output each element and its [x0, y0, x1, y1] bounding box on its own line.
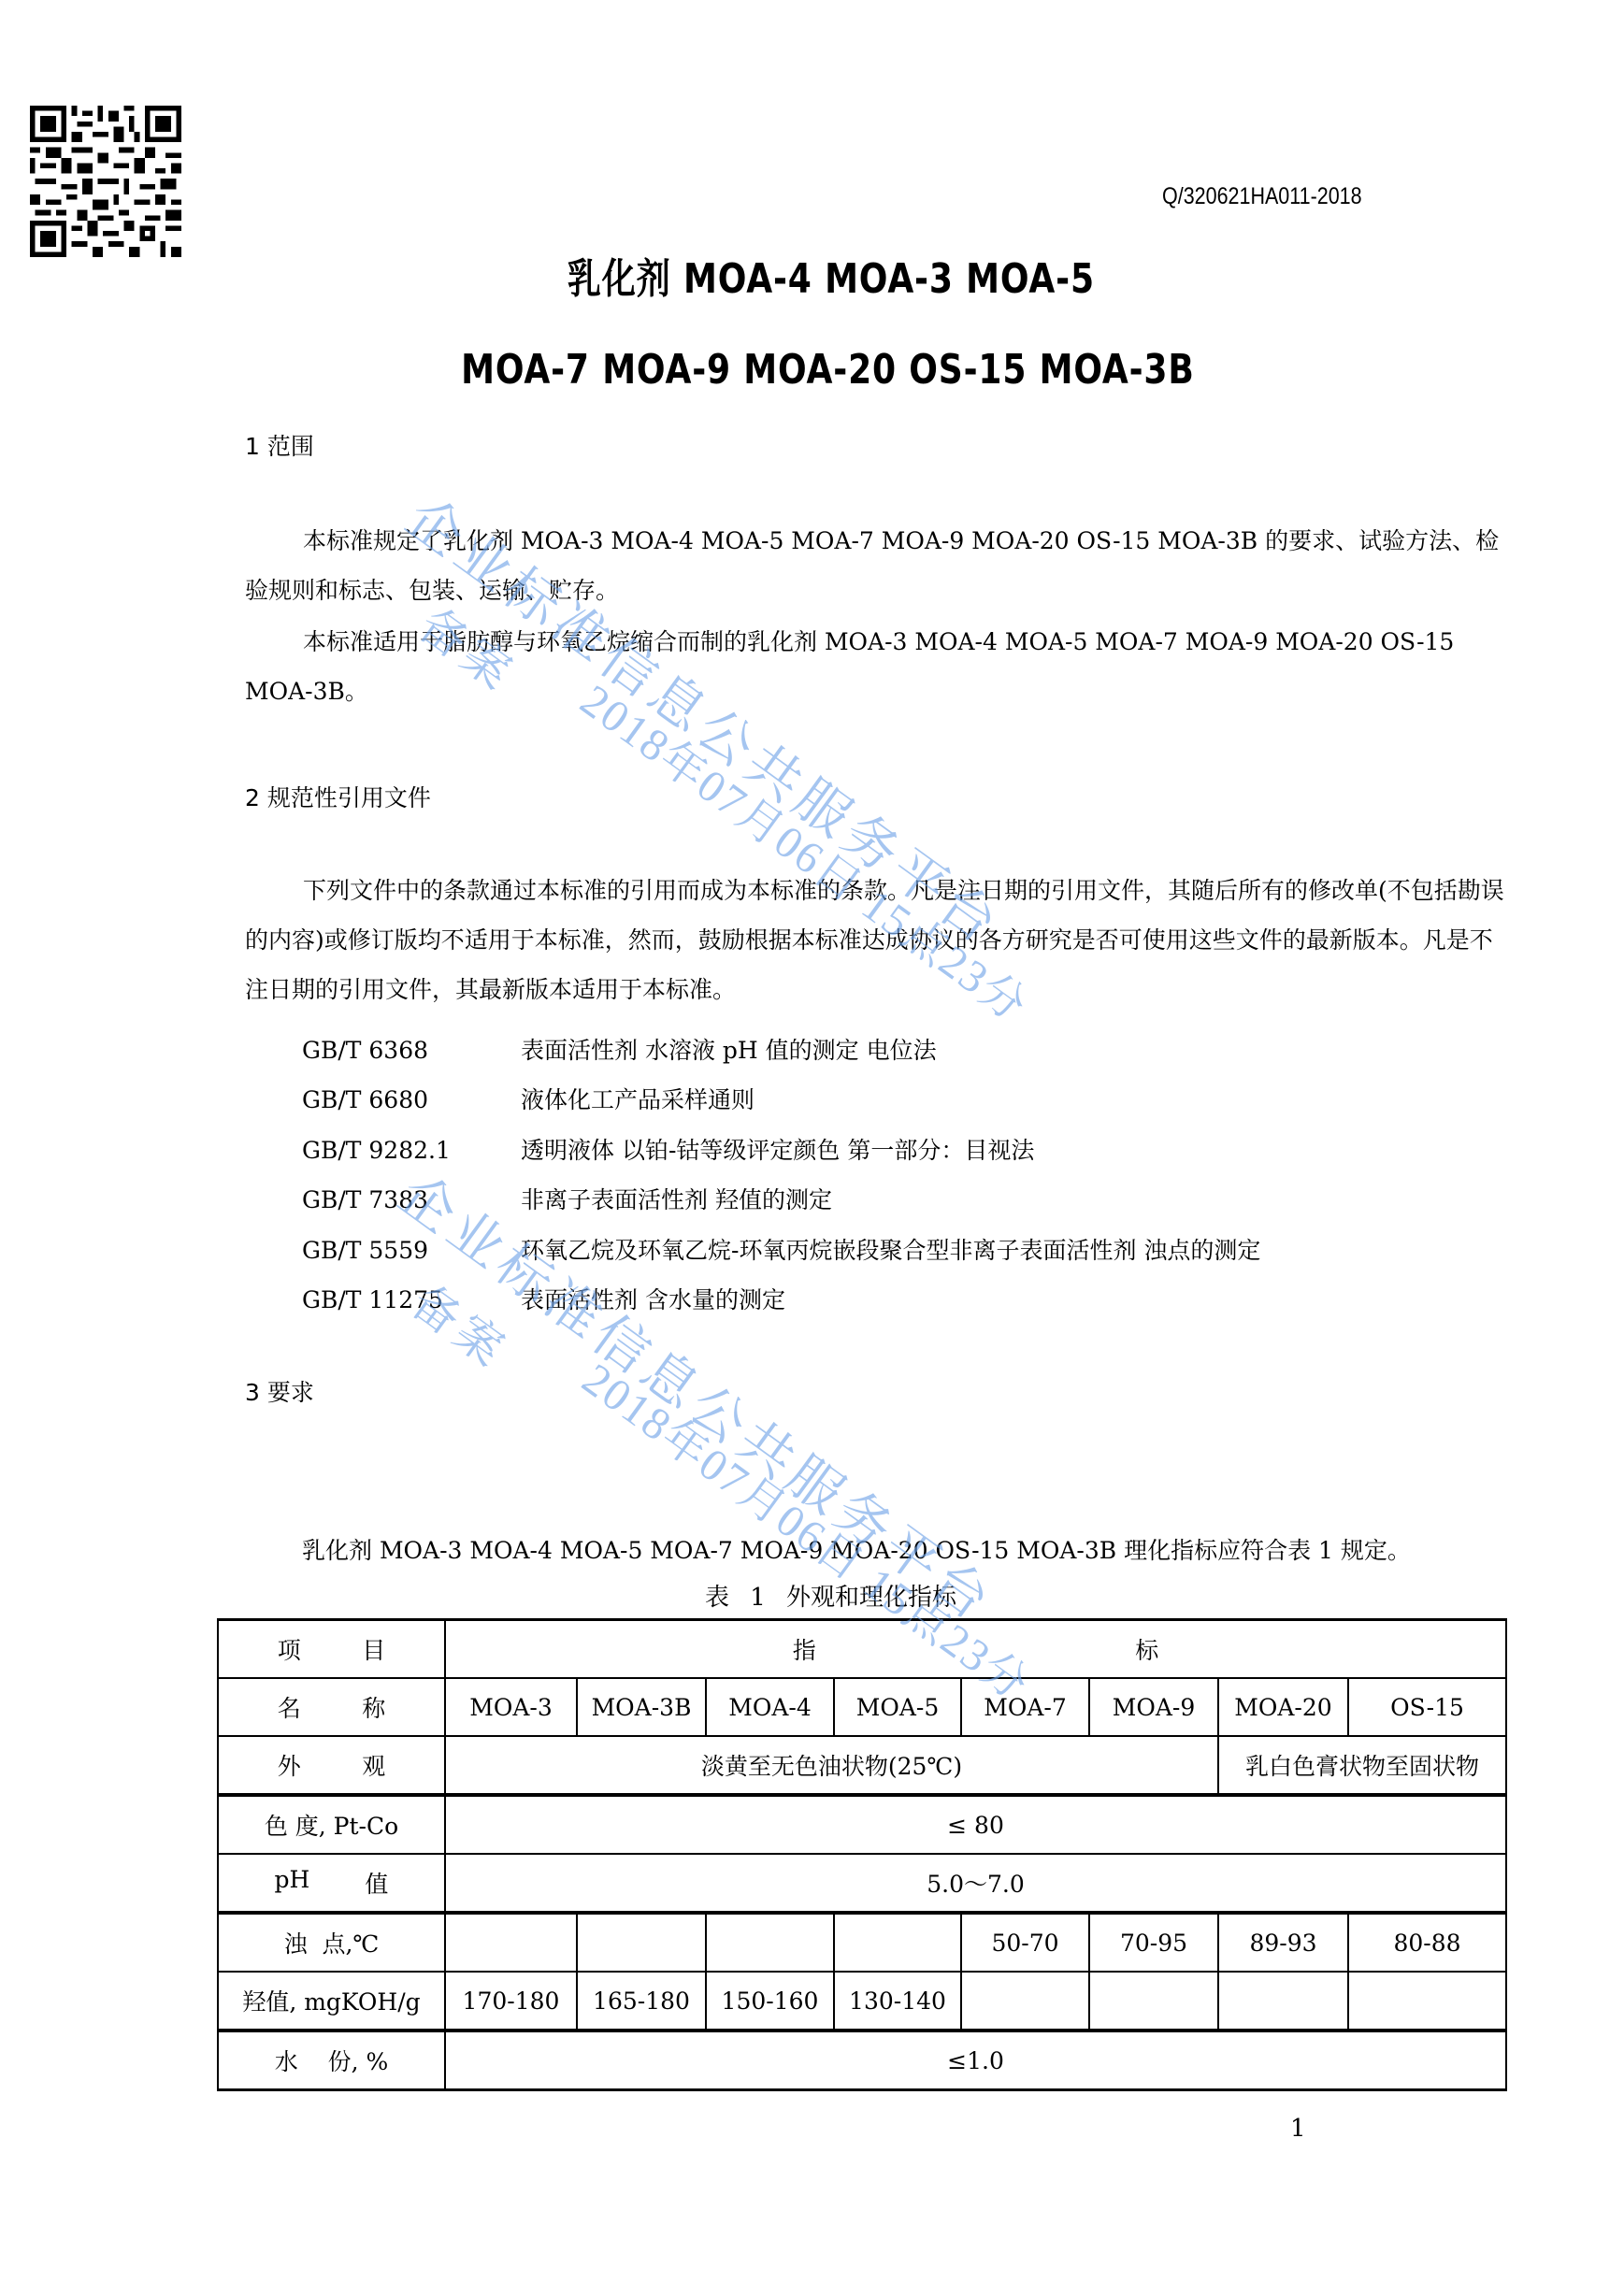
color-value-cell: ≤ 80: [445, 1795, 1506, 1854]
product-name-cell: MOA-3: [445, 1678, 577, 1736]
cloud-point-cell: 89-93: [1218, 1913, 1348, 1972]
page-number: 1: [1290, 2115, 1306, 2143]
header-item-char: 项: [278, 1632, 301, 1666]
reference-title: 表面活性剂 水溶液 pH 值的测定 电位法: [521, 1037, 937, 1064]
table-row-names: 名称 MOA-3 MOA-3B MOA-4 MOA-5 MOA-7 MOA-9 …: [218, 1678, 1506, 1736]
reference-code: GB/T 5559: [302, 1226, 521, 1275]
water-value-cell: ≤1.0: [445, 2031, 1506, 2090]
paragraph-scope-1: 本标准规定了乳化剂 MOA-3 MOA-4 MOA-5 MOA-7 MOA-9 …: [245, 516, 1505, 615]
paragraph-scope-2: 本标准适用于脂肪醇与环氧乙烷缩合而制的乳化剂 MOA-3 MOA-4 MOA-5…: [245, 617, 1505, 716]
reference-title: 非离子表面活性剂 羟值的测定: [521, 1186, 832, 1213]
product-name-cell: MOA-3B: [577, 1678, 706, 1736]
cloud-point-label-cell: 浊 点,℃: [218, 1913, 445, 1972]
table-row-color: 色 度, Pt-Co ≤ 80: [218, 1795, 1506, 1854]
ph-label-part: pH: [275, 1866, 310, 1900]
hydroxyl-label-cell: 羟值, mgKOH/g: [218, 1972, 445, 2031]
hydroxyl-cell: 130-140: [834, 1972, 961, 2031]
reference-title: 环氧乙烷及环氧乙烷-环氧丙烷嵌段聚合型非离子表面活性剂 浊点的测定: [521, 1237, 1260, 1264]
reference-item: GB/T 11275表面活性剂 含水量的测定: [302, 1275, 1260, 1325]
color-label-cell: 色 度, Pt-Co: [218, 1795, 445, 1854]
table-header-row: 项目 指标: [218, 1620, 1506, 1679]
cloud-point-cell: 80-88: [1348, 1913, 1506, 1972]
reference-code: GB/T 9282.1: [302, 1126, 521, 1175]
table-row-cloud-point: 浊 点,℃ 50-70 70-95 89-93 80-88: [218, 1913, 1506, 1972]
appearance-label-char: 观: [362, 1748, 385, 1782]
appearance-value-paste: 乳白色膏状物至固状物: [1218, 1736, 1506, 1795]
document-title-line1: 乳化剂 MOA-4 MOA-3 MOA-5: [0, 245, 1624, 305]
standard-code: Q/320621HA011-2018: [1162, 183, 1362, 210]
reference-title: 表面活性剂 含水量的测定: [521, 1286, 785, 1313]
hydroxyl-cell: [1348, 1972, 1506, 2031]
name-label-cell: 名称: [218, 1678, 445, 1736]
header-spec-char: 指: [793, 1632, 816, 1666]
cloud-point-cell: [706, 1913, 834, 1972]
appearance-value-oily: 淡黄至无色油状物(25℃): [445, 1736, 1218, 1795]
paragraph-requirements: 乳化剂 MOA-3 MOA-4 MOA-5 MOA-7 MOA-9 MOA-20…: [302, 1526, 1517, 1575]
hydroxyl-cell: [961, 1972, 1089, 2031]
cloud-point-cell: [445, 1913, 577, 1972]
ph-label-part: 值: [365, 1866, 388, 1900]
reference-item: GB/T 6680液体化工产品采样通则: [302, 1075, 1260, 1125]
hydroxyl-cell: 165-180: [577, 1972, 706, 2031]
header-spec-char: 标: [1135, 1632, 1158, 1666]
header-spec-cell: 指标: [445, 1620, 1506, 1679]
header-item-cell: 项目: [218, 1620, 445, 1679]
cloud-point-cell: [577, 1913, 706, 1972]
ph-value-cell: 5.0～7.0: [445, 1854, 1506, 1913]
product-name-cell: MOA-5: [834, 1678, 961, 1736]
title-line1-text: 乳化剂 MOA-4 MOA-3 MOA-5: [568, 245, 1095, 305]
reference-title: 透明液体 以铂-钴等级评定颜色 第一部分：目视法: [521, 1137, 1034, 1164]
table-caption: 表 1 外观和理化指标: [0, 1578, 1624, 1613]
reference-code: GB/T 11275: [302, 1275, 521, 1325]
product-name-cell: MOA-4: [706, 1678, 834, 1736]
name-label-char: 称: [362, 1690, 385, 1724]
product-name-cell: MOA-7: [961, 1678, 1089, 1736]
table-row-water: 水 份, % ≤1.0: [218, 2031, 1506, 2090]
appearance-label-cell: 外观: [218, 1736, 445, 1795]
cloud-point-cell: 70-95: [1089, 1913, 1218, 1972]
product-name-cell: MOA-9: [1089, 1678, 1218, 1736]
header-item-char: 目: [362, 1632, 385, 1666]
table-row-ph: pH值 5.0～7.0: [218, 1854, 1506, 1913]
hydroxyl-cell: 150-160: [706, 1972, 834, 2031]
hydroxyl-cell: 170-180: [445, 1972, 577, 2031]
section-heading-scope: 1 范围: [245, 428, 314, 462]
cloud-point-cell: [834, 1913, 961, 1972]
spec-table: 项目 指标 名称 MOA-3 MOA-3B MOA-4 MOA-5 MOA-7 …: [217, 1618, 1507, 2091]
reference-item: GB/T 6368表面活性剂 水溶液 pH 值的测定 电位法: [302, 1026, 1260, 1075]
document-title-line2: MOA-7 MOA-9 MOA-20 OS-15 MOA-3B: [0, 346, 1624, 394]
reference-list: GB/T 6368表面活性剂 水溶液 pH 值的测定 电位法 GB/T 6680…: [302, 1026, 1260, 1325]
reference-code: GB/T 6680: [302, 1075, 521, 1125]
reference-code: GB/T 7383: [302, 1175, 521, 1225]
water-label-cell: 水 份, %: [218, 2031, 445, 2090]
reference-code: GB/T 6368: [302, 1026, 521, 1075]
paragraph-references: 下列文件中的条款通过本标准的引用而成为本标准的条款。凡是注日期的引用文件，其随后…: [245, 866, 1505, 1014]
hydroxyl-cell: [1218, 1972, 1348, 2031]
title-line2-text: MOA-7 MOA-9 MOA-20 OS-15 MOA-3B: [461, 346, 1195, 394]
reference-item: GB/T 9282.1透明液体 以铂-钴等级评定颜色 第一部分：目视法: [302, 1126, 1260, 1175]
table-row-appearance: 外观 淡黄至无色油状物(25℃) 乳白色膏状物至固状物: [218, 1736, 1506, 1795]
table-row-hydroxyl: 羟值, mgKOH/g 170-180 165-180 150-160 130-…: [218, 1972, 1506, 2031]
section-heading-references: 2 规范性引用文件: [245, 780, 431, 813]
reference-title: 液体化工产品采样通则: [521, 1086, 755, 1113]
hydroxyl-cell: [1089, 1972, 1218, 2031]
section-heading-requirements: 3 要求: [245, 1374, 314, 1408]
reference-item: GB/T 5559环氧乙烷及环氧乙烷-环氧丙烷嵌段聚合型非离子表面活性剂 浊点的…: [302, 1226, 1260, 1275]
reference-item: GB/T 7383非离子表面活性剂 羟值的测定: [302, 1175, 1260, 1225]
cloud-point-cell: 50-70: [961, 1913, 1089, 1972]
appearance-label-char: 外: [278, 1748, 301, 1782]
name-label-char: 名: [278, 1690, 301, 1724]
ph-label-cell: pH值: [218, 1854, 445, 1913]
product-name-cell: OS-15: [1348, 1678, 1506, 1736]
product-name-cell: MOA-20: [1218, 1678, 1348, 1736]
